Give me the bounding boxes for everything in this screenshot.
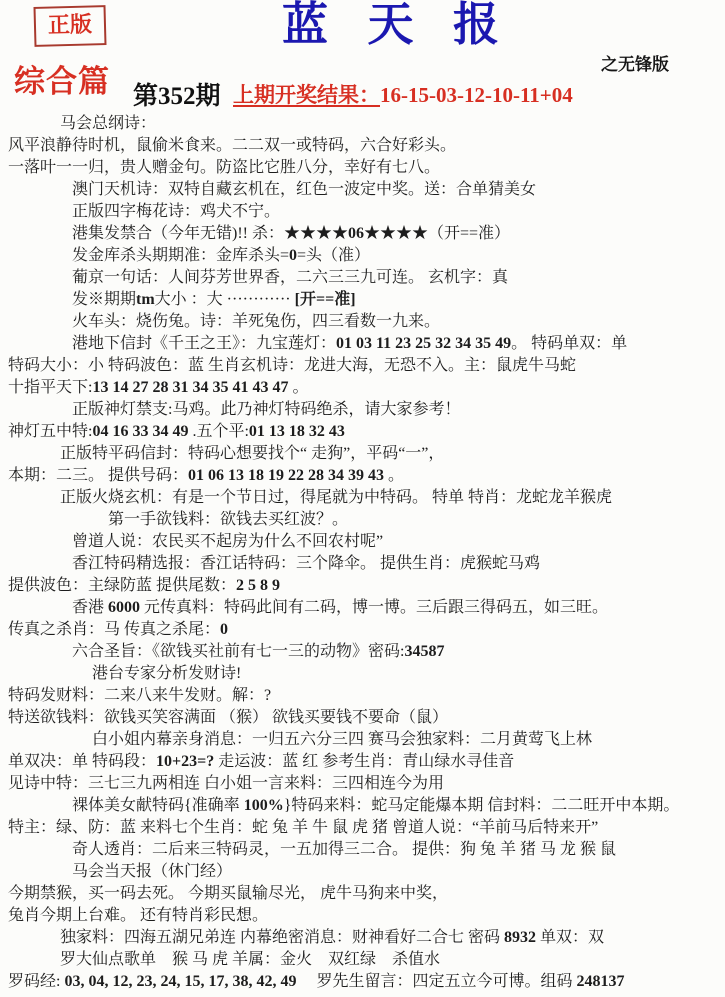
- line-text: 澳门天机诗：双特自藏玄机在，红色一波定中奖。送：合单猜美女: [72, 181, 536, 198]
- text-line: 澳门天机诗：双特自藏玄机在，红色一波定中奖。送：合单猜美女: [72, 179, 723, 201]
- line-text: 元传真料：特码此间有二码，博一博。三后跟三得码五，如三旺。: [140, 599, 608, 616]
- text-line: 火车头：烧伤兔。诗：羊死兔伤，四三看数一九来。: [72, 311, 723, 333]
- text-line: 独家料：四海五湖兄弟连 内幕绝密消息：财神看好二合七 密码 8932 单双：双: [60, 927, 723, 949]
- text-line: 正版四字梅花诗：鸡犬不宁。: [72, 201, 723, 223]
- line-text: 特送欲钱料：欲钱买笑容满面 （猴） 欲钱买要钱不要命（鼠）: [8, 709, 448, 726]
- line-text: 本期：二三。 提供号码：: [8, 467, 188, 484]
- line-text: 六合圣旨：《欲钱买社前有七一三的动物》密码:: [72, 643, 404, 660]
- text-line: 正版火烧玄机：有是一个节日过，得尾就为中特码。 特单 特肖：龙蛇龙羊猴虎: [60, 487, 723, 509]
- highlight-numbers: [开==准]: [295, 291, 356, 308]
- text-line: 奇人透肖：二后来三特码灵，一五加得三二合。 提供：狗 兔 羊 猪 马 龙 猴 鼠: [72, 839, 723, 861]
- line-text: 正版特平码信封：特码心想要找个“ 走狗”，平码“一”，: [60, 445, 444, 462]
- line-text: 独家料：四海五湖兄弟连 内幕绝密消息：财神看好二合七 密码: [60, 929, 504, 946]
- text-line: 罗大仙点歌单 猴 马 虎 羊属：金火 双红绿 杀值水: [60, 949, 723, 971]
- highlight-numbers: 10+23=?: [156, 753, 214, 770]
- text-line: 单双决：单 特码段：10+23=? 走运波：蓝 红 参考生肖：青山绿水寻佳音: [8, 751, 723, 773]
- text-line: 特主：绿、防：蓝 来料七个生肖：蛇 兔 羊 牛 鼠 虎 猪 曾道人说：“羊前马后…: [8, 817, 723, 839]
- highlight-numbers: 248137: [576, 973, 624, 990]
- highlight-numbers: 01 03 11 23 25 32 34 35 49: [336, 335, 511, 352]
- line-text: 香江特码精选报：香江话特码：三个降伞。 提供生肖：虎猴蛇马鸡: [72, 555, 540, 572]
- line-text: 白小姐内幕亲身消息：一归五六分三四 赛马会独家料：二月黄莺飞上林: [92, 731, 592, 748]
- text-line: 正版特平码信封：特码心想要找个“ 走狗”，平码“一”，: [60, 443, 723, 465]
- line-text: 风平浪静待时机，鼠偷米食来。二二双一或特码，六合好彩头。: [8, 137, 456, 154]
- text-line: 特码大小：小 特码波色：蓝 生肖玄机诗：龙进大海，无恐不入。主：鼠虎牛马蛇: [8, 355, 723, 377]
- text-line: 见诗中特：三七三九两相连 白小姐一言来料：三四相连今为用: [8, 773, 723, 795]
- line-text: 神灯五中特:: [8, 423, 92, 440]
- line-text: 特主：绿、防：蓝 来料七个生肖：蛇 兔 羊 牛 鼠 虎 猪 曾道人说：“羊前马后…: [8, 819, 598, 836]
- highlight-numbers: 03, 04, 12, 23, 24, 15, 17, 38, 42, 49: [64, 973, 296, 990]
- line-text: 裸体美女献特码{准确率: [72, 797, 244, 814]
- line-text: 第一手欲钱料：欲钱去买红波？。: [108, 511, 348, 528]
- line-text: 罗码经:: [8, 973, 64, 990]
- text-line: 十指平天下:13 14 27 28 31 34 35 41 43 47 。: [8, 377, 723, 399]
- line-text: 火车头：烧伤兔。诗：羊死兔伤，四三看数一九来。: [72, 313, 440, 330]
- newspaper-page: 正版 蓝 天 报 之无锋版 综合篇 第352期 上期开奖结果：16-15-03-…: [0, 0, 725, 997]
- highlight-numbers: 6000: [108, 599, 140, 616]
- text-line: 本期：二三。 提供号码：01 06 13 18 19 22 28 34 39 4…: [8, 465, 723, 487]
- text-line: 特码发财料：二来八来牛发财。解：?: [8, 685, 723, 707]
- highlight-numbers: 8932: [504, 929, 536, 946]
- previous-draw-result: 上期开奖结果：16-15-03-12-10-11+04: [233, 79, 573, 109]
- text-line: 特送欲钱料：欲钱买笑容满面 （猴） 欲钱买要钱不要命（鼠）: [8, 707, 723, 729]
- text-line: 裸体美女献特码{准确率 100%}特码来料：蛇马定能爆本期 信封料：二二旺开中本…: [72, 795, 723, 817]
- line-text: 十指平天下:: [8, 379, 92, 396]
- line-text: 港集发禁合（今年无错)!! 杀：★★★★: [72, 225, 348, 242]
- text-line: 发金库杀头期期准：金库杀头=0=头（准）: [72, 245, 723, 267]
- line-text: 。: [384, 467, 404, 484]
- line-text: 港地下信封《千王之王》：九宝莲灯：: [72, 335, 336, 352]
- line-text: 单双决：单 特码段：: [8, 753, 156, 770]
- line-text: 奇人透肖：二后来三特码灵，一五加得三二合。 提供：狗 兔 羊 猪 马 龙 猴 鼠: [72, 841, 616, 858]
- text-line: 发※期期tm大小 ：大 ············ [开==准]: [72, 289, 723, 311]
- text-line: 今期禁猴，买一码去死。 今期买鼠输尽光， 虎牛马狗来中奖，: [8, 883, 723, 905]
- line-text: 今期禁猴，买一码去死。 今期买鼠输尽光， 虎牛马狗来中奖，: [8, 885, 448, 902]
- text-line: 曾道人说：农民买不起房为什么不回农村呢”: [72, 531, 723, 553]
- highlight-numbers: 0: [289, 247, 297, 264]
- line-text: 曾道人说：农民买不起房为什么不回农村呢”: [72, 533, 383, 550]
- line-text: 罗先生留言：四定五立今可博。组码: [296, 973, 576, 990]
- text-line: 马会当天报（休门经）: [72, 861, 723, 883]
- text-line: 葡京一句话：人间芬芳世界香，二六三三九可连。 玄机字：真: [72, 267, 723, 289]
- line-text: 。: [288, 379, 308, 396]
- highlight-numbers: 0: [220, 621, 228, 638]
- text-line: 兔肖今期上台难。 还有特肖彩民想。: [8, 905, 723, 927]
- line-text: 走运波：蓝 红 参考生肖：青山绿水寻佳音: [214, 753, 514, 770]
- line-text: }特码来料：蛇马定能爆本期 信封料：二二旺开中本期。: [284, 797, 680, 814]
- line-text: 马会总纲诗：: [60, 115, 156, 132]
- text-line: 香港 6000 元传真料：特码此间有二码，博一博。三后跟三得码五，如三旺。: [72, 597, 723, 619]
- text-line: 白小姐内幕亲身消息：一归五六分三四 赛马会独家料：二月黄莺飞上林: [92, 729, 723, 751]
- text-line: 神灯五中特:04 16 33 34 49 .五个平:01 13 18 32 43: [8, 421, 723, 443]
- body-lines: 马会总纲诗：风平浪静待时机，鼠偷米食来。二二双一或特码，六合好彩头。一落叶一一归…: [8, 113, 723, 993]
- line-text: 葡京一句话：人间芬芳世界香，二六三三九可连。 玄机字：真: [72, 269, 508, 286]
- text-line: 港台专家分析发财诗!: [92, 663, 723, 685]
- line-text: ★★★★（开==准）: [364, 225, 510, 242]
- line-text: =头（准）: [297, 247, 370, 264]
- text-line: 风平浪静待时机，鼠偷米食来。二二双一或特码，六合好彩头。: [8, 135, 723, 157]
- line-text: 单双：双: [536, 929, 604, 946]
- line-text: 传真之杀肖：马 传真之杀尾：: [8, 621, 220, 638]
- line-text: 正版火烧玄机：有是一个节日过，得尾就为中特码。 特单 特肖：龙蛇龙羊猴虎: [60, 489, 612, 506]
- highlight-numbers: 01 06 13 18 19 22 28 34 39 43: [188, 467, 384, 484]
- text-line: 港地下信封《千王之王》：九宝莲灯：01 03 11 23 25 32 34 35…: [72, 333, 723, 355]
- section-title: 综合篇: [14, 56, 110, 101]
- result-value: 16-15-03-12-10-11+04: [380, 83, 573, 107]
- text-line: 六合圣旨：《欲钱买社前有七一三的动物》密码:34587: [72, 641, 723, 663]
- highlight-numbers: 06: [348, 225, 364, 242]
- text-line: 马会总纲诗：: [60, 113, 723, 135]
- header: 正版 蓝 天 报 之无锋版 综合篇 第352期 上期开奖结果：16-15-03-…: [0, 0, 725, 112]
- text-line: 传真之杀肖：马 传真之杀尾：0: [8, 619, 723, 641]
- highlight-numbers: 34587: [404, 643, 444, 660]
- highlight-numbers: 01 13 18 32 43: [249, 423, 345, 440]
- line-text: 兔肖今期上台难。 还有特肖彩民想。: [8, 907, 268, 924]
- line-text: .五个平:: [188, 423, 248, 440]
- text-line: 一落叶一一归，贵人赠金句。防盗比它胜八分，幸好有七八。: [8, 157, 723, 179]
- highlight-numbers: 04 16 33 34 49: [92, 423, 188, 440]
- line-text: 大小 ：大 ············: [155, 291, 295, 308]
- line-text: 马会当天报（休门经）: [72, 863, 232, 880]
- line-text: 正版神灯禁支:马鸡。此乃神灯特码绝杀，请大家参考！: [72, 401, 460, 418]
- line-text: 香港: [72, 599, 108, 616]
- edition-label: 之无锋版: [601, 50, 669, 75]
- line-text: 提供波色：主绿防蓝 提供尾数：: [8, 577, 236, 594]
- line-text: 特码大小：小 特码波色：蓝 生肖玄机诗：龙进大海，无恐不入。主：鼠虎牛马蛇: [8, 357, 576, 374]
- result-label: 上期开奖结果：: [233, 83, 380, 107]
- text-line: 港集发禁合（今年无错)!! 杀：★★★★06★★★★（开==准）: [72, 223, 723, 245]
- page-title: 蓝 天 报: [0, 0, 725, 51]
- text-line: 提供波色：主绿防蓝 提供尾数：2 5 8 9: [8, 575, 723, 597]
- highlight-numbers: tm: [136, 291, 155, 308]
- line-text: 见诗中特：三七三九两相连 白小姐一言来料：三四相连今为用: [8, 775, 444, 792]
- line-text: 发金库杀头期期准：金库杀头=: [72, 247, 289, 264]
- issue-number: 第352期: [133, 76, 221, 112]
- highlight-numbers: 2 5 8 9: [236, 577, 280, 594]
- text-line: 香江特码精选报：香江话特码：三个降伞。 提供生肖：虎猴蛇马鸡: [72, 553, 723, 575]
- text-line: 第一手欲钱料：欲钱去买红波？。: [108, 509, 723, 531]
- line-text: 港台专家分析发财诗!: [92, 665, 241, 682]
- line-text: 发※期期: [72, 291, 136, 308]
- line-text: 正版四字梅花诗：鸡犬不宁。: [72, 203, 280, 220]
- line-text: 特码发财料：二来八来牛发财。解：?: [8, 687, 271, 704]
- line-text: 一落叶一一归，贵人赠金句。防盗比它胜八分，幸好有七八。: [8, 159, 440, 176]
- highlight-numbers: 100%: [244, 797, 284, 814]
- text-line: 正版神灯禁支:马鸡。此乃神灯特码绝杀，请大家参考！: [72, 399, 723, 421]
- line-text: 。 特码单双：单: [511, 335, 627, 352]
- line-text: 罗大仙点歌单 猴 马 虎 羊属：金火 双红绿 杀值水: [60, 951, 440, 968]
- text-line: 罗码经: 03, 04, 12, 23, 24, 15, 17, 38, 42,…: [8, 971, 723, 993]
- highlight-numbers: 13 14 27 28 31 34 35 41 43 47: [92, 379, 288, 396]
